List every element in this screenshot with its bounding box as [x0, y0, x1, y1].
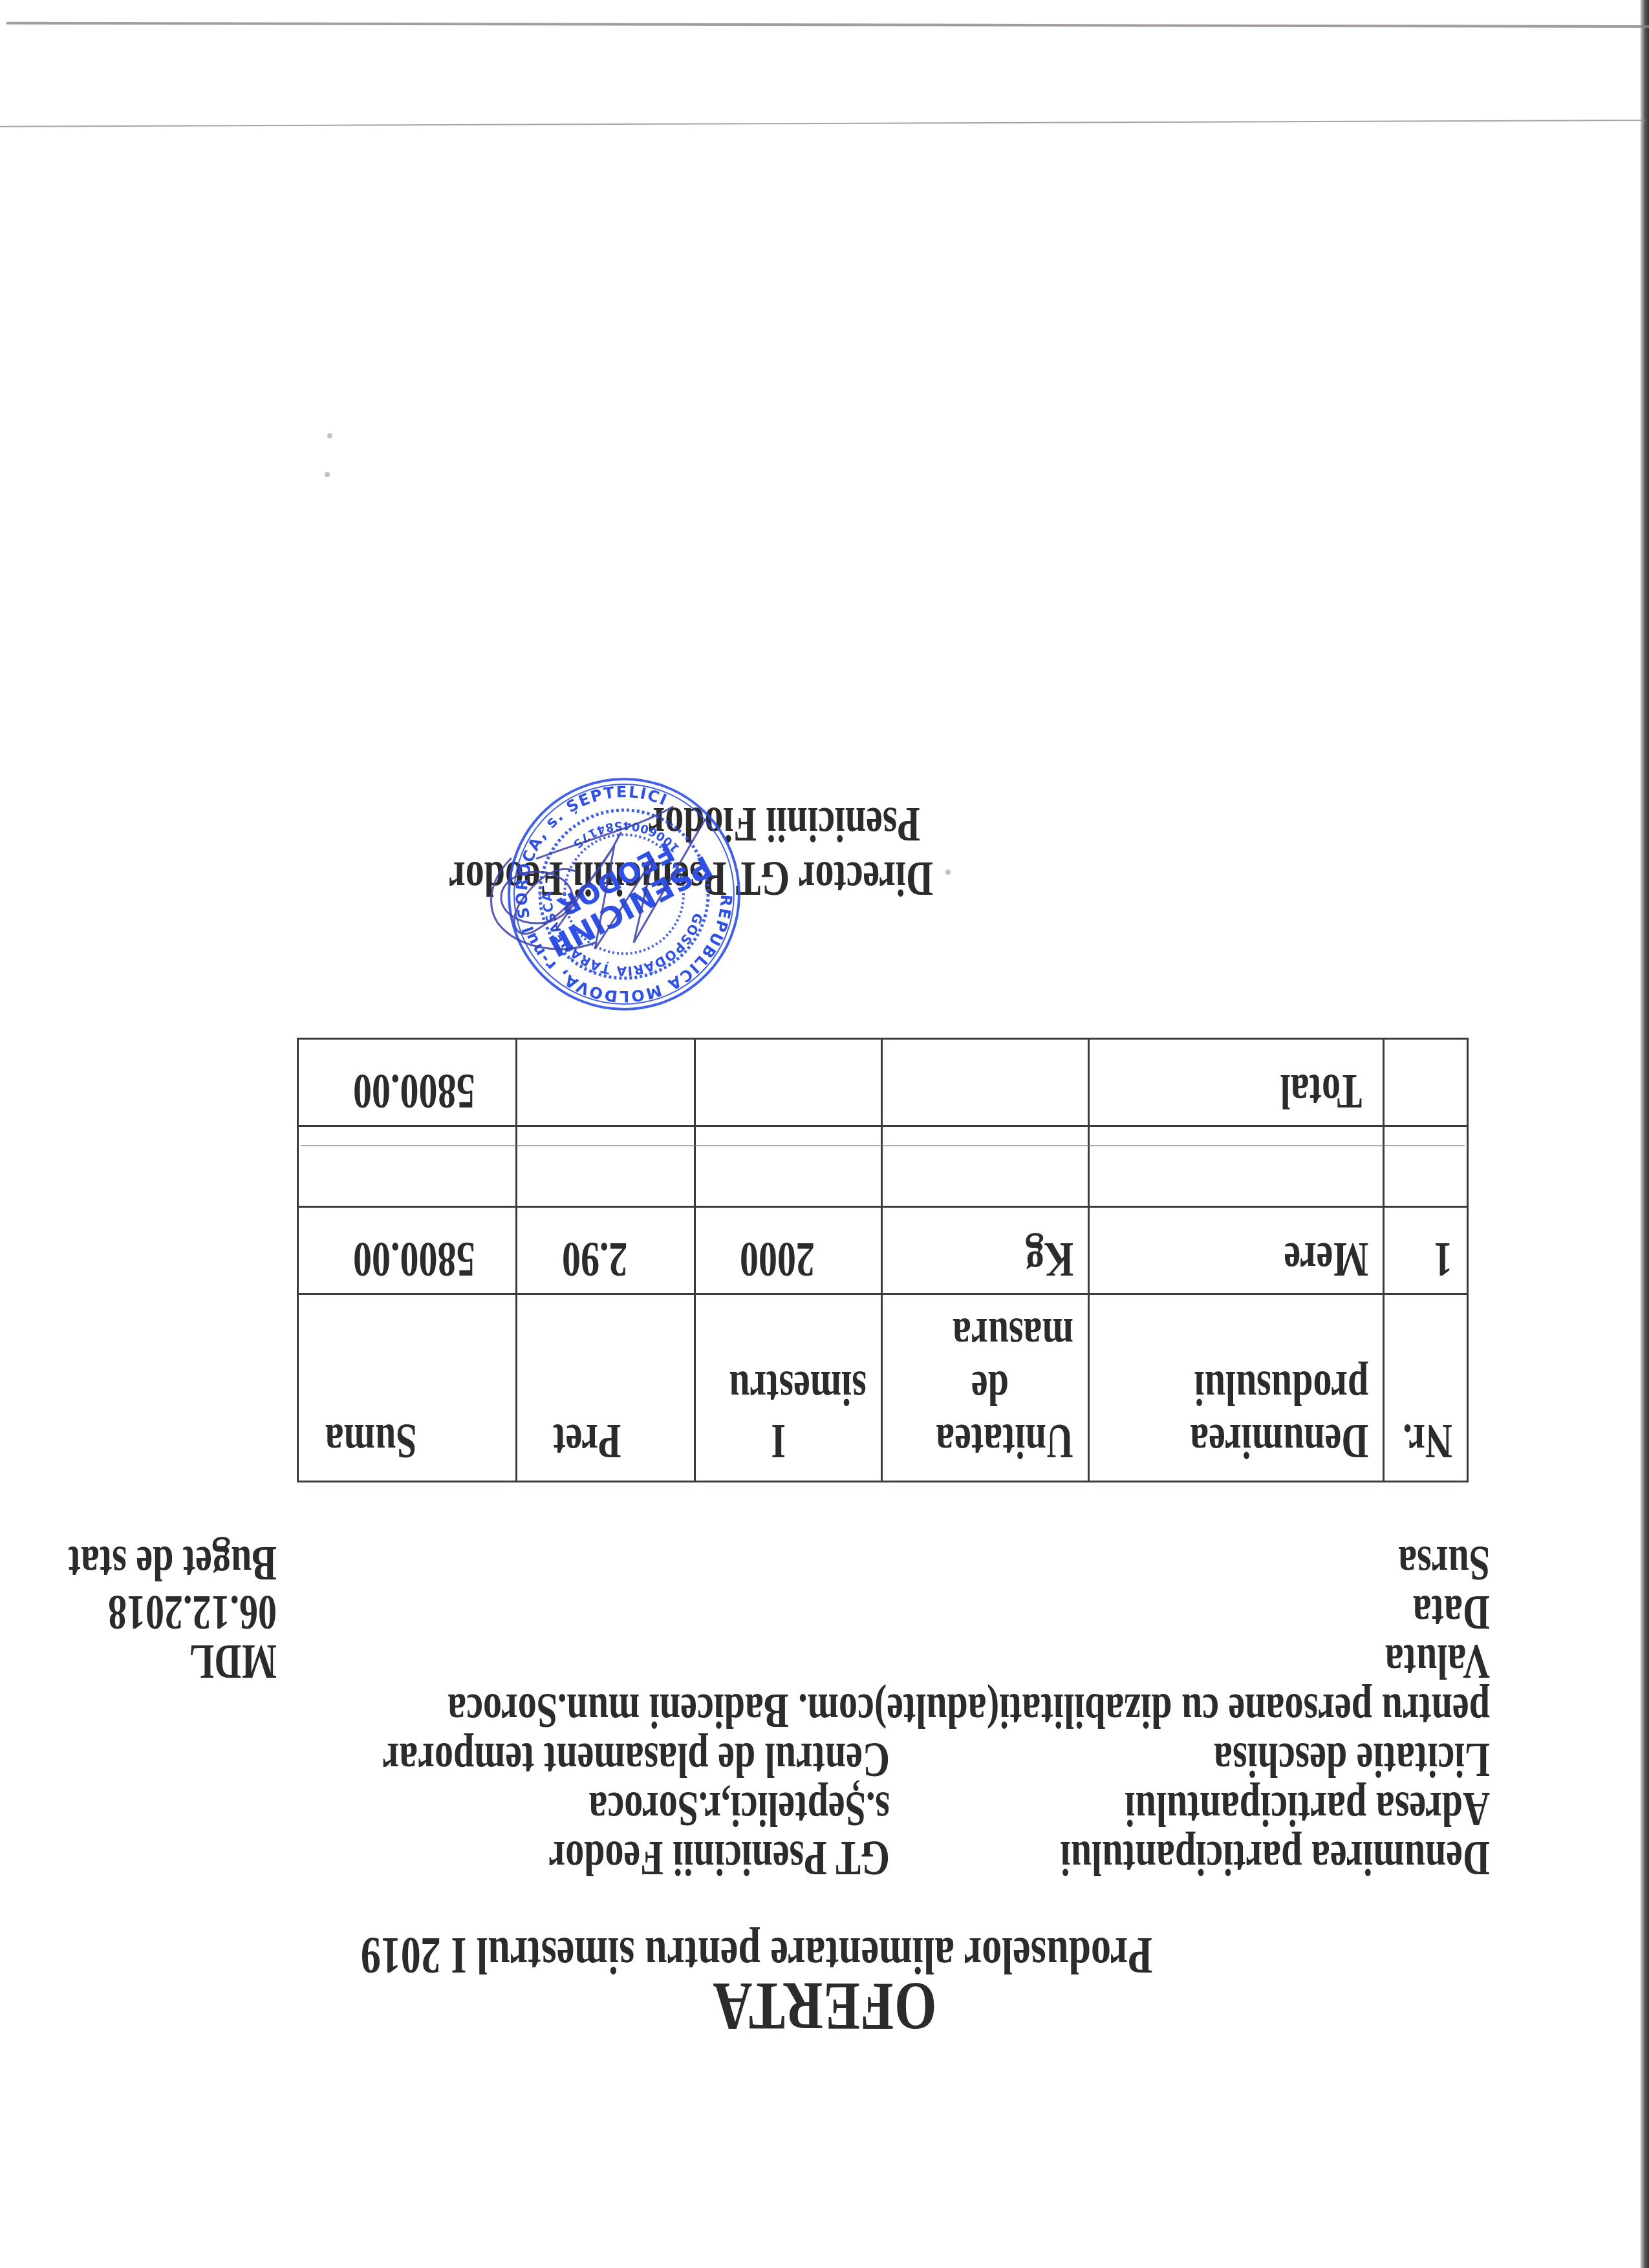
source-value: Buget de stat	[69, 1535, 277, 1592]
row-quantity: 2000	[695, 1207, 881, 1294]
scanner-edge-shadow	[1640, 0, 1649, 2268]
currency-label: Valuta	[1385, 1634, 1490, 1690]
signatory-name: Psenicinii Fiodor	[449, 782, 933, 853]
table-header-row: Nr. Denumirea produsului Unitatea de mas…	[298, 1294, 1468, 1482]
info-row-participant-address: Adresa participantului s.Șeptelici,r.Sor…	[35, 1792, 1490, 1837]
row-price: 2.90	[516, 1207, 695, 1294]
row-sum: 5800.00	[298, 1207, 517, 1294]
total-label: Total	[1088, 1039, 1383, 1126]
document-subtitle: Produselor alimentare pentru simestrul I…	[304, 1925, 1209, 1984]
row-unit: Kg	[881, 1207, 1088, 1294]
table-row: 1 Mere Kg 2000 2.90 5800.00	[298, 1207, 1468, 1294]
participant-address-value: s.Șeptelici,r.Soroca	[588, 1781, 890, 1837]
currency-value: MDL	[189, 1634, 277, 1690]
header-product-name: Denumirea produsului	[1088, 1294, 1383, 1482]
scan-artifact-line	[6, 22, 1649, 28]
scanned-offer-document: OFERTA Produselor alimentare pentru sime…	[0, 0, 1649, 2268]
row-product-name: Mere	[1088, 1207, 1383, 1294]
table-row-empty	[298, 1126, 1468, 1207]
scan-speck	[945, 870, 951, 875]
date-value: 06.12.2018	[108, 1585, 277, 1641]
info-row-tender-cont: pentru persoane cu dizabilitati(adulte)c…	[35, 1694, 1490, 1739]
info-row-date: Data 06.12.2018	[35, 1596, 1490, 1641]
offer-table: Nr. Denumirea produsului Unitatea de mas…	[297, 1038, 1469, 1482]
tender-type-label: Licitatie deschisa	[1214, 1732, 1490, 1788]
info-row-source: Sursa Buget de stat	[35, 1546, 1490, 1592]
scan-artifact-line	[0, 120, 1646, 127]
header-unit: Unitatea de masura	[881, 1294, 1088, 1482]
signature-block: Director GT Psenicinii Feodor Psenicinii…	[449, 798, 933, 907]
header-quantity: I simestru	[695, 1294, 881, 1482]
date-label: Data	[1413, 1585, 1490, 1641]
header-price: Pret	[516, 1294, 695, 1482]
table-total-row: Total 5800.00	[298, 1039, 1468, 1126]
participant-address-label: Adresa participantului	[1125, 1781, 1490, 1837]
header-sum: Suma	[298, 1294, 517, 1482]
row-nr: 1	[1384, 1207, 1468, 1294]
tender-beneficiary-value: Centrul de plasament temporar	[382, 1732, 890, 1788]
participant-name-value: GT Psenicinii Feodor	[549, 1830, 890, 1887]
scan-speck	[325, 472, 330, 477]
scan-rule	[301, 1145, 1465, 1146]
header-nr: Nr.	[1384, 1294, 1468, 1482]
scan-speck	[327, 433, 332, 438]
info-row-participant-name: Denumirea participantului GT Psenicinii …	[35, 1841, 1490, 1887]
info-row-tender: Licitatie deschisa Centrul de plasament …	[35, 1743, 1490, 1788]
participant-name-label: Denumirea participantului	[1061, 1830, 1490, 1887]
info-row-currency: Valuta MDL	[35, 1645, 1490, 1690]
tender-beneficiary-continued: pentru persoane cu dizabilitati(adulte)c…	[447, 1683, 1490, 1739]
total-sum: 5800.00	[298, 1039, 517, 1126]
source-label: Sursa	[1398, 1535, 1490, 1592]
